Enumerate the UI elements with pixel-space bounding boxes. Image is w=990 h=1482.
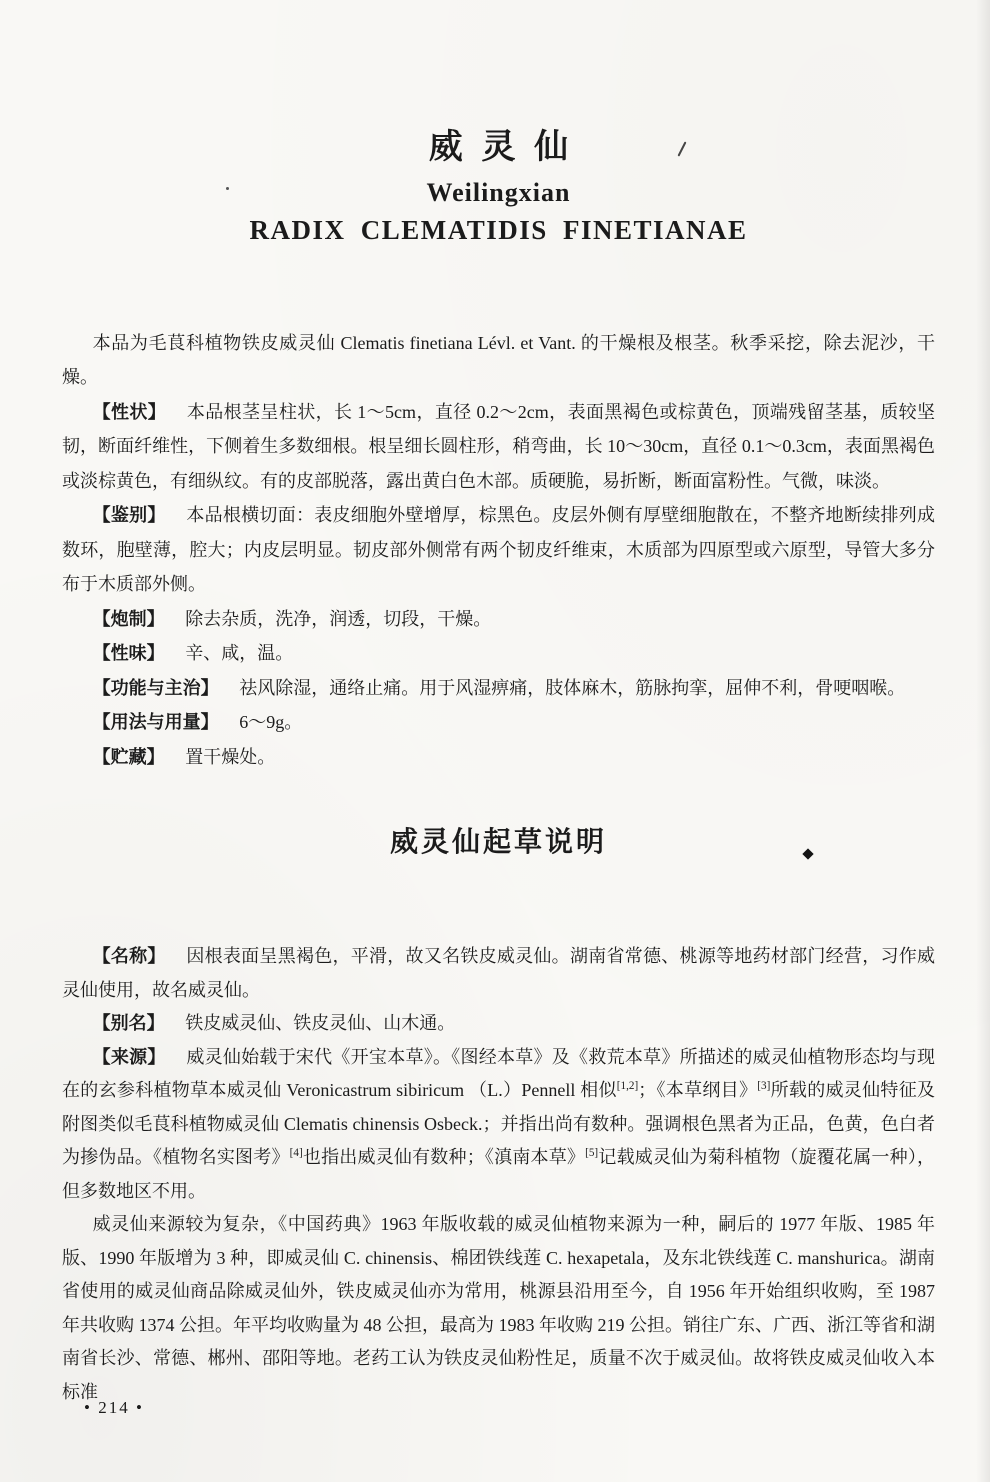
notes-body: 【名称】因根表面呈黑褐色，平滑，故又名铁皮威灵仙。湖南省常德、桃源等地药材部门经… bbox=[62, 940, 935, 1409]
section-label-yongfa: 【用法与用量】 bbox=[93, 712, 219, 732]
section-label-xingwei: 【性味】 bbox=[93, 643, 165, 663]
section-text-paozhi: 除去杂质，洗净，润透，切段，干燥。 bbox=[185, 609, 491, 629]
notes-text-laiyuan: 威灵仙始载于宋代《开宝本草》。《图经本草》及《救荒本草》所描述的威灵仙植物形态均… bbox=[62, 1047, 935, 1201]
section-label-xingzhuang: 【性状】 bbox=[93, 402, 167, 422]
section-text-yongfa: 6～9g。 bbox=[239, 712, 302, 732]
monograph-header: 威灵仙 Weilingxian RADIX CLEMATIDIS FINETIA… bbox=[62, 128, 935, 246]
notes-text-history: 威灵仙来源较为复杂，《中国药典》1963 年版收载的威灵仙植物来源为一种，嗣后的… bbox=[62, 1214, 935, 1402]
section-text-jianbie: 本品根横切面：表皮细胞外壁增厚，棕黑色。皮层外侧有厚壁细胞散在，不整齐地断续排列… bbox=[62, 505, 935, 594]
notes-section-mingcheng: 【名称】因根表面呈黑褐色，平滑，故又名铁皮威灵仙。湖南省常德、桃源等地药材部门经… bbox=[62, 940, 935, 1007]
monograph-title-latin: RADIX CLEMATIDIS FINETIANAE bbox=[62, 215, 935, 246]
section-label-paozhi: 【炮制】 bbox=[93, 609, 165, 629]
notes-label-laiyuan: 【来源】 bbox=[93, 1047, 166, 1067]
notes-section-history: 威灵仙来源较为复杂，《中国药典》1963 年版收载的威灵仙植物来源为一种，嗣后的… bbox=[62, 1208, 935, 1409]
monograph-intro-text: 本品为毛茛科植物铁皮威灵仙 Clematis finetiana Lévl. e… bbox=[62, 333, 935, 388]
notes-text-mingcheng: 因根表面呈黑褐色，平滑，故又名铁皮威灵仙。湖南省常德、桃源等地药材部门经营，习作… bbox=[62, 946, 935, 1000]
notes-label-bieming: 【别名】 bbox=[93, 1013, 165, 1033]
section-text-gongneng: 祛风除湿，通络止痛。用于风湿痹痛，肢体麻木，筋脉拘挛，屈伸不利，骨哽咽喉。 bbox=[239, 678, 905, 698]
monograph-title-cn: 威灵仙 bbox=[62, 128, 935, 169]
section-zhucang: 【贮藏】置干燥处。 bbox=[62, 740, 935, 775]
section-paozhi: 【炮制】除去杂质，洗净，润透，切段，干燥。 bbox=[62, 602, 935, 637]
scan-artifact-dot bbox=[226, 187, 229, 190]
section-jianbie: 【鉴别】本品根横切面：表皮细胞外壁增厚，棕黑色。皮层外侧有厚壁细胞散在，不整齐地… bbox=[62, 498, 935, 602]
section-label-jianbie: 【鉴别】 bbox=[93, 505, 166, 525]
section-yongfa: 【用法与用量】6～9g。 bbox=[62, 705, 935, 740]
section-xingwei: 【性味】辛、咸，温。 bbox=[62, 636, 935, 671]
page-number: • 214 • bbox=[84, 1398, 144, 1418]
section-text-zhucang: 置干燥处。 bbox=[185, 747, 275, 767]
section-text-xingwei: 辛、咸，温。 bbox=[185, 643, 293, 663]
notes-section-laiyuan: 【来源】威灵仙始载于宋代《开宝本草》。《图经本草》及《救荒本草》所描述的威灵仙植… bbox=[62, 1041, 935, 1209]
scanned-page: 威灵仙 Weilingxian RADIX CLEMATIDIS FINETIA… bbox=[0, 0, 990, 1482]
section-xingzhuang: 【性状】本品根茎呈柱状，长 1～5cm，直径 0.2～2cm，表面黑褐色或棕黄色… bbox=[62, 395, 935, 499]
notes-label-mingcheng: 【名称】 bbox=[93, 946, 166, 966]
notes-text-bieming: 铁皮威灵仙、铁皮灵仙、山木通。 bbox=[185, 1013, 455, 1033]
section-gongneng: 【功能与主治】祛风除湿，通络止痛。用于风湿痹痛，肢体麻木，筋脉拘挛，屈伸不利，骨… bbox=[62, 671, 935, 706]
section-label-zhucang: 【贮藏】 bbox=[93, 747, 165, 767]
notes-section-bieming: 【别名】铁皮威灵仙、铁皮灵仙、山木通。 bbox=[62, 1007, 935, 1041]
section-text-xingzhuang: 本品根茎呈柱状，长 1～5cm，直径 0.2～2cm，表面黑褐色或棕黄色，顶端残… bbox=[62, 402, 935, 491]
monograph-title-pinyin: Weilingxian bbox=[62, 178, 935, 208]
section-label-gongneng: 【功能与主治】 bbox=[93, 678, 219, 698]
monograph-intro-paragraph: 本品为毛茛科植物铁皮威灵仙 Clematis finetiana Lévl. e… bbox=[62, 326, 935, 395]
monograph-body: 本品为毛茛科植物铁皮威灵仙 Clematis finetiana Lévl. e… bbox=[62, 326, 935, 775]
